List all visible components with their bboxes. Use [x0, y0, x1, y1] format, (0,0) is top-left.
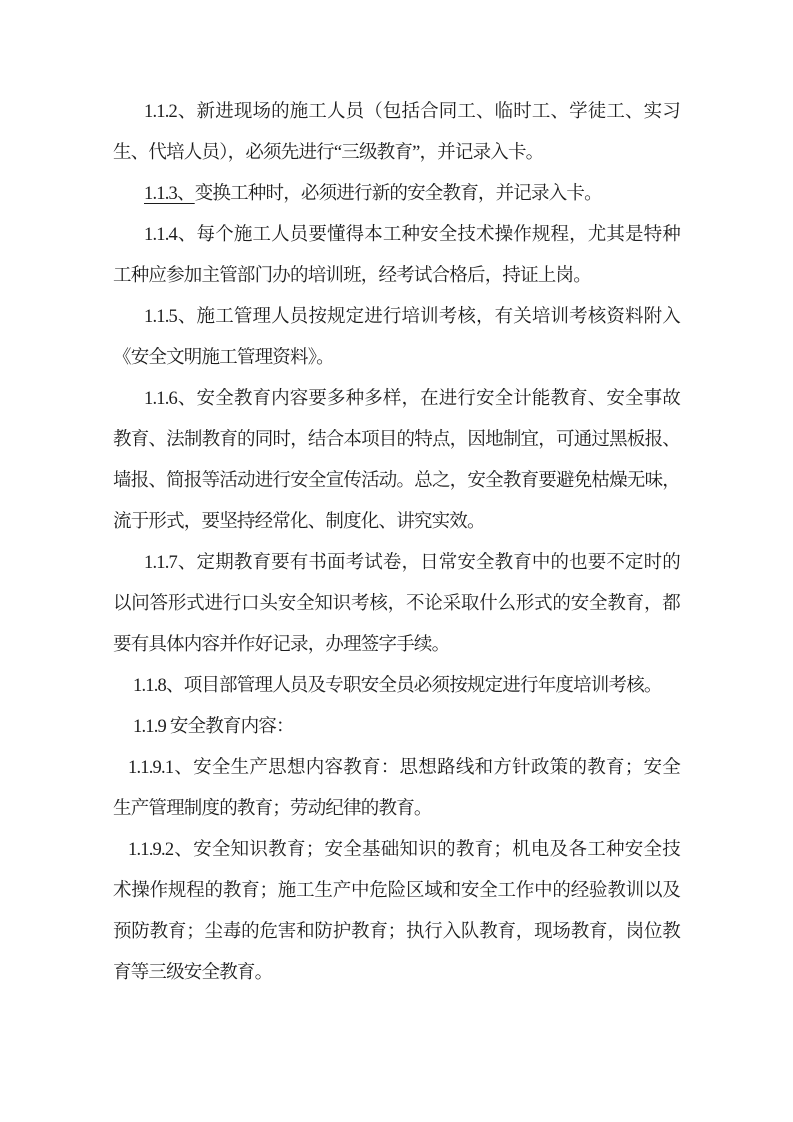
text-line: 墙报、简报等活动进行安全宣传活动。总之，安全教育要避免枯燥无味，	[113, 461, 680, 502]
paragraph-1-1-3: 1.1.3、变换工种时，必须进行新的安全教育，并记录入卡。	[113, 174, 680, 215]
text-line: 1.1.5、施工管理人员按规定进行培训考核，有关培训考核资料附入	[113, 297, 680, 338]
text-line: 1.1.8、项目部管理人员及专职安全员必须按规定进行年度培训考核。	[113, 666, 680, 707]
text-line: 生、代培人员），必须先进行“三级教育”，并记录入卡。	[113, 133, 680, 174]
text-line: 要有具体内容并作好记录，办理签字手续。	[113, 625, 680, 666]
text-line: 1.1.4、每个施工人员要懂得本工种安全技术操作规程，尤其是特种	[113, 215, 680, 256]
text-line: 1.1.6、安全教育内容要多种多样，在进行安全计能教育、安全事故	[113, 379, 680, 420]
text-line: 1.1.2、新进现场的施工人员（包括合同工、临时工、学徒工、实习	[113, 92, 680, 133]
text-line: 1.1.9.2、安全知识教育；安全基础知识的教育；机电及各工种安全技	[113, 830, 680, 871]
paragraph-1-1-2: 1.1.2、新进现场的施工人员（包括合同工、临时工、学徒工、实习 生、代培人员）…	[113, 92, 680, 174]
text-line: 工种应参加主管部门办的培训班，经考试合格后，持证上岗。	[113, 256, 680, 297]
paragraph-1-1-6: 1.1.6、安全教育内容要多种多样，在进行安全计能教育、安全事故 教育、法制教育…	[113, 379, 680, 543]
text-line: 1.1.9 安全教育内容：	[113, 707, 680, 748]
text-line: 1.1.9.1、安全生产思想内容教育：思想路线和方针政策的教育；安全	[113, 748, 680, 789]
document-body-text: 1.1.2、新进现场的施工人员（包括合同工、临时工、学徒工、实习 生、代培人员）…	[113, 92, 680, 994]
text-line: 育等三级安全教育。	[113, 953, 680, 994]
text-line: 1.1.7、定期教育要有书面考试卷，日常安全教育中的也要不定时的	[113, 543, 680, 584]
text-line: 预防教育；尘毒的危害和防护教育；执行入队教育，现场教育，岗位教	[113, 912, 680, 953]
document-page: 1.1.2、新进现场的施工人员（包括合同工、临时工、学徒工、实习 生、代培人员）…	[0, 0, 793, 1122]
text-line: 生产管理制度的教育；劳动纪律的教育。	[113, 789, 680, 830]
paragraph-1-1-7: 1.1.7、定期教育要有书面考试卷，日常安全教育中的也要不定时的 以问答形式进行…	[113, 543, 680, 666]
text-line: 流于形式，要坚持经常化、制度化、讲究实效。	[113, 502, 680, 543]
underlined-section-number: 1.1.3、	[144, 184, 195, 204]
text-line: 教育、法制教育的同时，结合本项目的特点，因地制宜，可通过黑板报、	[113, 420, 680, 461]
text-line: 术操作规程的教育；施工生产中危险区域和安全工作中的经验教训以及	[113, 871, 680, 912]
text-line: 以问答形式进行口头安全知识考核，不论采取什么形式的安全教育，都	[113, 584, 680, 625]
text-line: 1.1.3、变换工种时，必须进行新的安全教育，并记录入卡。	[113, 174, 680, 215]
paragraph-1-1-9-1: 1.1.9.1、安全生产思想内容教育：思想路线和方针政策的教育；安全 生产管理制…	[113, 748, 680, 830]
paragraph-1-1-4: 1.1.4、每个施工人员要懂得本工种安全技术操作规程，尤其是特种 工种应参加主管…	[113, 215, 680, 297]
paragraph-1-1-8: 1.1.8、项目部管理人员及专职安全员必须按规定进行年度培训考核。	[113, 666, 680, 707]
text-line: 《安全文明施工管理资料》。	[113, 338, 680, 379]
paragraph-1-1-9: 1.1.9 安全教育内容：	[113, 707, 680, 748]
paragraph-1-1-5: 1.1.5、施工管理人员按规定进行培训考核，有关培训考核资料附入 《安全文明施工…	[113, 297, 680, 379]
paragraph-1-1-9-2: 1.1.9.2、安全知识教育；安全基础知识的教育；机电及各工种安全技 术操作规程…	[113, 830, 680, 994]
text-segment: 变换工种时，必须进行新的安全教育，并记录入卡。	[195, 184, 602, 204]
